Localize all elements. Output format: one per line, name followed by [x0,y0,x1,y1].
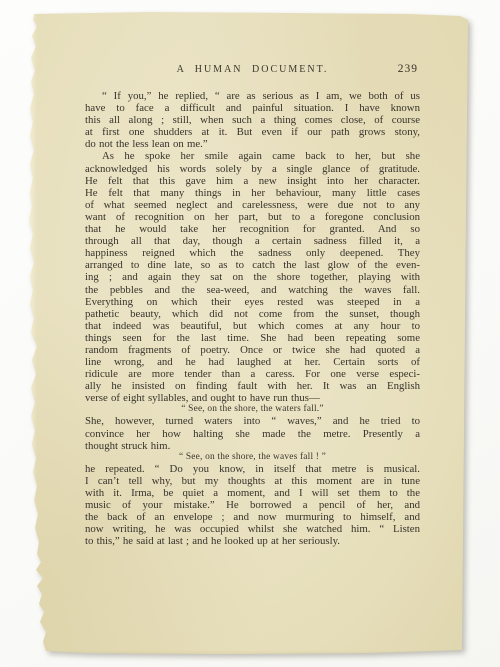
text-line: arranged to dine late, so as to catch th… [85,259,420,271]
text-line: She, however, turned waters into “ waves… [85,415,420,427]
text-line: through all that day, though a certain s… [85,235,420,247]
text-line: that he would take her recognition for g… [85,223,420,235]
text-line: that indeed was beautiful, but which com… [85,320,420,332]
text-line: He felt that many things in her behaviou… [85,187,420,199]
paragraph: She, however, turned waters into “ waves… [85,415,420,451]
text-line: the back of an envelope ; and now murmur… [85,511,420,523]
text-line: He felt that this gave him a new insight… [85,175,420,187]
text-block: A HUMAN DOCUMENT. 239 “ If you,” he repl… [85,64,420,547]
text-line: “ See, on the shore, the waters fall.” [85,404,420,415]
text-line: line wrong, and he had laughed at her. C… [85,356,420,368]
running-title: A HUMAN DOCUMENT. [85,64,420,75]
text-line: with it. Irma, be quiet a moment, and I … [85,487,420,499]
text-line: ridicule are more tender than a caress. … [85,368,420,380]
text-line: have to face a difficult and painful sit… [85,102,420,114]
text-line: to this,” he said at last ; and he looke… [85,535,420,547]
text-line: Everything on which their eyes rested wa… [85,296,420,308]
text-line: acknowledged his words solely by a singl… [85,163,420,175]
text-line: want of recognition on her part, but to … [85,211,420,223]
text-line: verse of eight syllables, and ought to h… [85,392,420,404]
text-line: music of your mistake.” He borrowed a pe… [85,499,420,511]
paragraph: As he spoke her smile again came back to… [85,150,420,404]
text-line: at first one shudders at it. But even if… [85,126,420,138]
text-line: I can’t tell why, but my thoughts at thi… [85,475,420,487]
running-header: A HUMAN DOCUMENT. 239 [85,64,420,78]
text-line: “ If you,” he replied, “ are as serious … [85,90,420,102]
text-line: ally he insisted on finding fault with h… [85,380,420,392]
page-number: 239 [398,63,418,75]
text-line: ing ; and again they sat on the shore to… [85,271,420,283]
verse-quote: “ See, on the shore, the waves fall ! ” [85,452,420,463]
page-body: “ If you,” he replied, “ are as serious … [85,90,420,547]
text-line: random fragments of poetry. Once or twic… [85,344,420,356]
text-line: As he spoke her smile again came back to… [85,150,420,162]
verse-quote: “ See, on the shore, the waters fall.” [85,404,420,415]
text-line: things seen for the last time. She had b… [85,332,420,344]
text-line: now writing, he was occupied whilst she … [85,523,420,535]
text-line: “ See, on the shore, the waves fall ! ” [85,452,420,463]
text-line: convince her how halting she made the me… [85,428,420,440]
text-line: this all along ; still, when such a thin… [85,114,420,126]
paragraph: he repeated. “ Do you know, in itself th… [85,463,420,548]
text-line: of what seemed neglect and carelessness,… [85,199,420,211]
scan-backdrop: A HUMAN DOCUMENT. 239 “ If you,” he repl… [0,0,500,667]
paragraph: “ If you,” he replied, “ are as serious … [85,90,420,150]
page-shadow: A HUMAN DOCUMENT. 239 “ If you,” he repl… [28,10,468,656]
text-line: happiness reigned which the sadness only… [85,247,420,259]
text-line: he repeated. “ Do you know, in itself th… [85,463,420,475]
text-line: do not the less lean on me.” [85,138,420,150]
book-page: A HUMAN DOCUMENT. 239 “ If you,” he repl… [28,10,468,656]
text-line: thought struck him. [85,440,420,452]
text-line: pathetic beauty, which did not come from… [85,308,420,320]
text-line: the pebbles and the sea-weed, and watchi… [85,284,420,296]
